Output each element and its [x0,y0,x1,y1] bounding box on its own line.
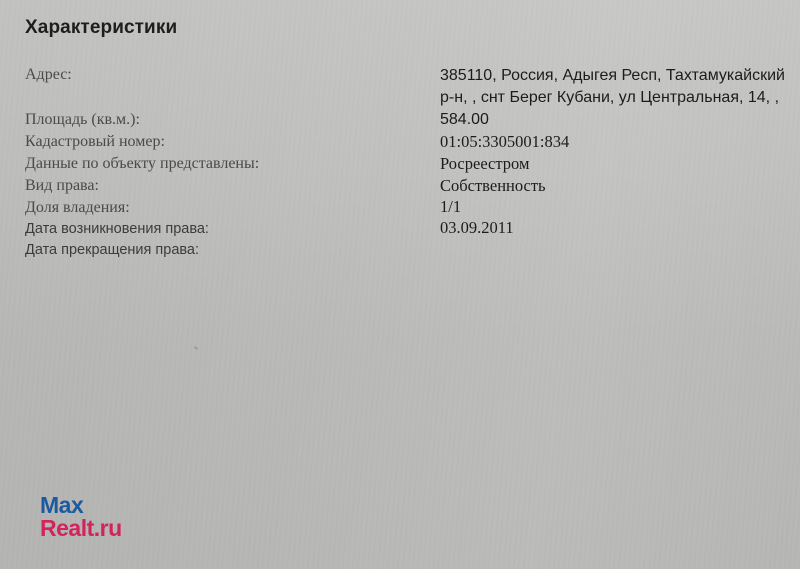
maxrealt-watermark-logo: Max Realt.ru [40,494,122,540]
value-right-start-date: 03.09.2011 [440,218,514,238]
paper-speck [194,346,198,350]
section-title: Характеристики [25,17,177,39]
label-ownership-share: Доля владения: [25,199,130,217]
label-area: Площадь (кв.м.): [25,111,140,129]
label-cadastral-number: Кадастровый номер: [25,133,165,151]
value-area: 584.00 [440,111,489,129]
watermark-line-max: Max [40,494,122,517]
value-right-type: Собственность [440,176,546,196]
watermark-line-realt: Realt.ru [40,517,122,540]
label-data-source: Данные по объекту представлены: [25,155,259,173]
value-address-line-1: 385110, Россия, Адыгея Респ, Тахтамукайс… [440,67,785,85]
paper-background [0,0,800,569]
label-right-type: Вид права: [25,177,99,195]
label-right-end-date: Дата прекращения права: [25,242,199,258]
label-right-start-date: Дата возникновения права: [25,221,209,237]
value-data-source: Росреестром [440,154,529,174]
value-cadastral-number: 01:05:3305001:834 [440,132,569,152]
label-address: Адрес: [25,66,72,84]
value-ownership-share: 1/1 [440,197,461,217]
value-address-line-2: р-н, , снт Берег Кубани, ул Центральная,… [440,89,779,107]
